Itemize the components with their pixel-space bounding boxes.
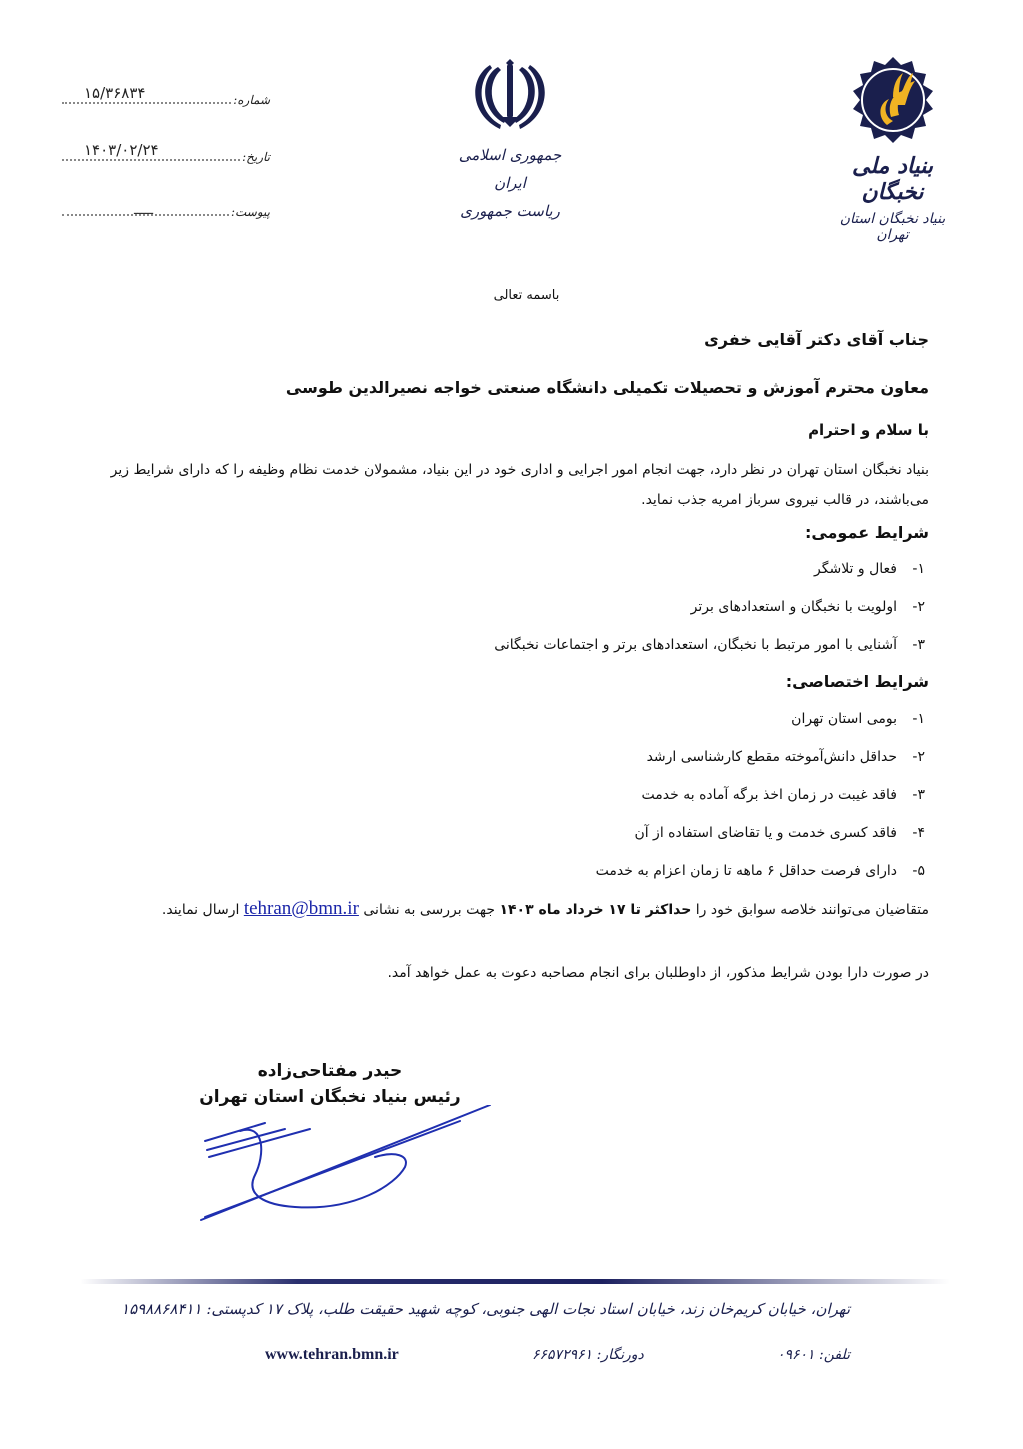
footer-phone: تلفن: ۰۹۶۰۱ <box>777 1347 850 1363</box>
list-item: ۱- فعال و تلاشگر <box>494 550 929 588</box>
closing-paragraph: متقاضیان می‌توانند خلاصه سوابق خود را حد… <box>94 893 929 926</box>
salutation: باسمه تعالی <box>94 288 929 303</box>
footer-divider <box>80 1279 950 1284</box>
intro-paragraph: بنیاد نخبگان استان تهران در نظر دارد، جه… <box>94 455 929 515</box>
specific-conditions-list: ۱- بومی استان تهران ۲- حداقل دانش‌آموخته… <box>596 700 929 890</box>
interview-notice: در صورت دارا بودن شرایط مذکور، از داوطلب… <box>387 965 929 981</box>
handwritten-signature-icon <box>195 1105 495 1225</box>
signer-name: حیدر مفتاحی‌زاده <box>175 1058 485 1084</box>
recipient-name: جناب آقای دکتر آقایی خفری <box>704 330 929 349</box>
signature-block: حیدر مفتاحی‌زاده رئیس بنیاد نخبگان استان… <box>175 1058 485 1110</box>
list-item: ۳- آشنایی با امور مرتبط با نخبگان، استعد… <box>494 626 929 664</box>
list-item: ۳- فاقد غیبت در زمان اخذ برگه آماده به خ… <box>596 776 929 814</box>
email-link[interactable]: tehran@bmn.ir <box>244 898 359 919</box>
list-item: ۲- حداقل دانش‌آموخته مقطع کارشناسی ارشد <box>596 738 929 776</box>
list-item: ۲- اولویت با نخبگان و استعدادهای برتر <box>494 588 929 626</box>
footer-address: تهران، خیابان کریم‌خان زند، خیابان استاد… <box>225 1300 850 1318</box>
list-item: ۵- دارای فرصت حداقل ۶ ماهه تا زمان اعزام… <box>596 852 929 890</box>
greeting: با سلام و احترام <box>808 421 929 439</box>
general-conditions-list: ۱- فعال و تلاشگر ۲- اولویت با نخبگان و ا… <box>494 550 929 664</box>
deadline-text: حداکثر تا ۱۷ خرداد ماه ۱۴۰۳ <box>499 902 691 918</box>
general-conditions-heading: شرایط عمومی: <box>805 523 929 542</box>
recipient-title: معاون محترم آموزش و تحصیلات تکمیلی دانشگ… <box>286 378 929 397</box>
list-item: ۴- فاقد کسری خدمت و یا تقاضای استفاده از… <box>596 814 929 852</box>
footer-fax: دورنگار: ۶۶۵۷۲۹۶۱ <box>532 1347 644 1363</box>
letter-page: شماره: ۱۵/۳۶۸۳۴ تاریخ: ۱۴۰۳/۰۲/۲۴ پیوست:… <box>0 0 1023 1449</box>
specific-conditions-heading: شرایط اختصاصی: <box>786 672 929 691</box>
list-item: ۱- بومی استان تهران <box>596 700 929 738</box>
letter-body: باسمه تعالی جناب آقای دکتر آقایی خفری مع… <box>94 0 929 1449</box>
footer-contacts: تلفن: ۰۹۶۰۱ دورنگار: ۶۶۵۷۲۹۶۱ www.tehran… <box>265 1346 850 1364</box>
footer-website-link[interactable]: www.tehran.bmn.ir <box>265 1346 399 1364</box>
